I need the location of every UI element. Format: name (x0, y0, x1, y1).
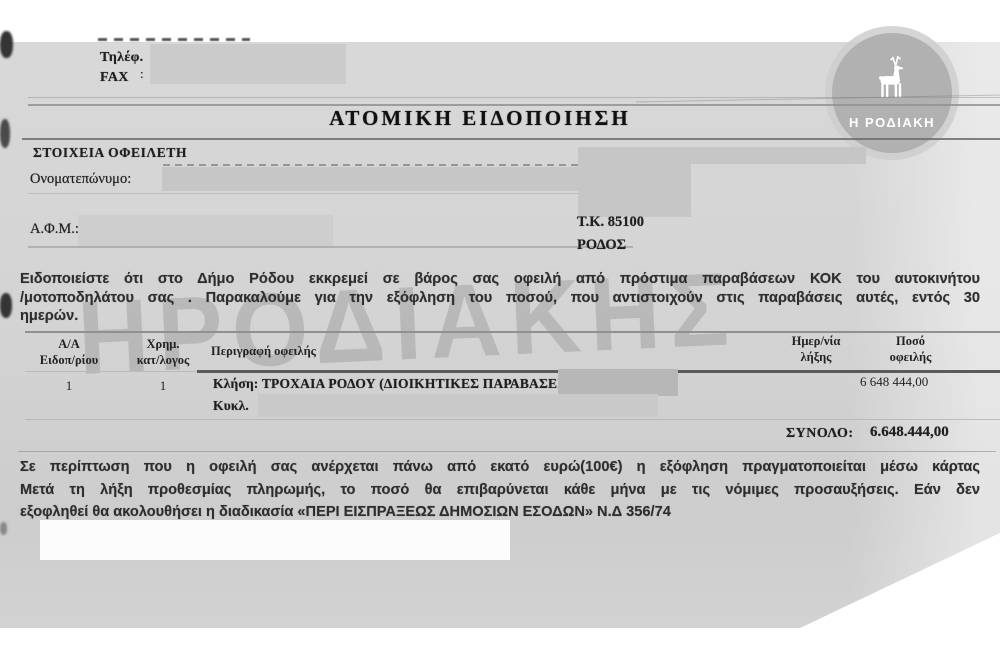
rule-line (18, 451, 996, 452)
cell-amount: 6 648 444,00 (860, 374, 928, 390)
header-redaction (150, 44, 346, 84)
header-text: Περιγραφή οφειλής (211, 344, 316, 360)
rule-line (28, 193, 633, 194)
ink-blob (0, 522, 7, 535)
notice-paragraph: Ειδοποιείστε ότι στο Δήμο Ρόδου εκκρεμεί… (20, 271, 980, 327)
header-text: οφειλής (868, 350, 953, 366)
description-redaction (558, 369, 678, 396)
deer-icon (869, 56, 915, 111)
cell-description: Κλήση: ΤΡΟΧΑΙΑ ΡΟΔΟΥ (ΔΙΟΙΚΗΤΙΚΕΣ ΠΑΡΑΒΑ… (213, 376, 576, 392)
description-redaction (258, 394, 658, 417)
total-label: ΣΥΝΟΛΟ: (786, 426, 854, 442)
whiteout-redaction (40, 520, 510, 560)
cell-catalog: 1 (124, 378, 202, 394)
header-text: λήξης (775, 350, 857, 366)
cell-aa: 1 (30, 378, 108, 394)
table-header-description: Περιγραφή οφειλής (211, 344, 316, 360)
table-header-amount: Ποσό οφειλής (868, 334, 953, 365)
newspaper-logo: Η ΡΟΔΙΑΚΗ (832, 33, 952, 153)
notice-line: ημερών. (20, 308, 980, 327)
faded-text-smudge (98, 38, 250, 41)
smudge-line (163, 164, 633, 166)
name-label: Ονοματεπώνυμο: (30, 171, 131, 188)
ink-blob (0, 293, 12, 318)
name-redaction (162, 167, 632, 191)
rule-line (28, 246, 633, 248)
header-text: Χρημ. (124, 337, 202, 353)
rule-line (22, 138, 1000, 140)
header-text: Ποσό (868, 334, 953, 350)
debtor-section-heading: ΣΤΟΙΧΕΙΑ ΟΦΕΙΛΕΤΗ (33, 145, 187, 161)
document-title: ΑΤΟΜΙΚΗ ΕΙΔΟΠΟΙΗΣΗ (0, 106, 960, 131)
table-header-catalog: Χρημ. κατ/λογος (124, 337, 202, 368)
notice-line: /μοτοποδηλάτου σας . Παρακαλούμε για την… (20, 290, 980, 309)
header-text: Ειδοπ/ρίου (30, 353, 108, 369)
header-text: κατ/λογος (124, 353, 202, 369)
city: ΡΟΔΟΣ (577, 237, 626, 254)
header-text: Α/Α (30, 337, 108, 353)
payment-terms-paragraph: Σε περίπτωση που η οφειλή σας ανέρχεται … (20, 459, 980, 527)
cell-description-line2: Κυκλ. (213, 398, 249, 414)
terms-line: Σε περίπτωση που η οφειλή σας ανέρχεται … (20, 459, 980, 482)
fax-label: FAX (100, 70, 129, 86)
notice-line: Ειδοποιείστε ότι στο Δήμο Ρόδου εκκρεμεί… (20, 271, 980, 290)
afm-redaction (78, 215, 333, 247)
fax-colon-mark: : (140, 66, 144, 82)
table-header-due-date: Ημερ/νία λήξης (775, 334, 857, 365)
table-top-border (25, 331, 1000, 333)
header-text: Ημερ/νία (775, 334, 857, 350)
afm-label: Α.Φ.Μ.: (30, 221, 79, 238)
table-header-aa: Α/Α Ειδοπ/ρίου (30, 337, 108, 368)
address-redaction (578, 147, 691, 217)
ink-blob (0, 31, 13, 58)
scanned-notice-page: ΗΡΟΔΙΑΚΗΣ Τηλέφ. FAX : (0, 0, 1000, 667)
phone-label: Τηλέφ. (100, 50, 143, 66)
terms-line: Μετά τη λήξη προθεσμίας πληρωμής, το ποσ… (20, 482, 980, 505)
postal-code: Τ.Κ. 85100 (577, 214, 644, 231)
total-value: 6.648.444,00 (870, 424, 949, 441)
rule-line (25, 419, 1000, 420)
